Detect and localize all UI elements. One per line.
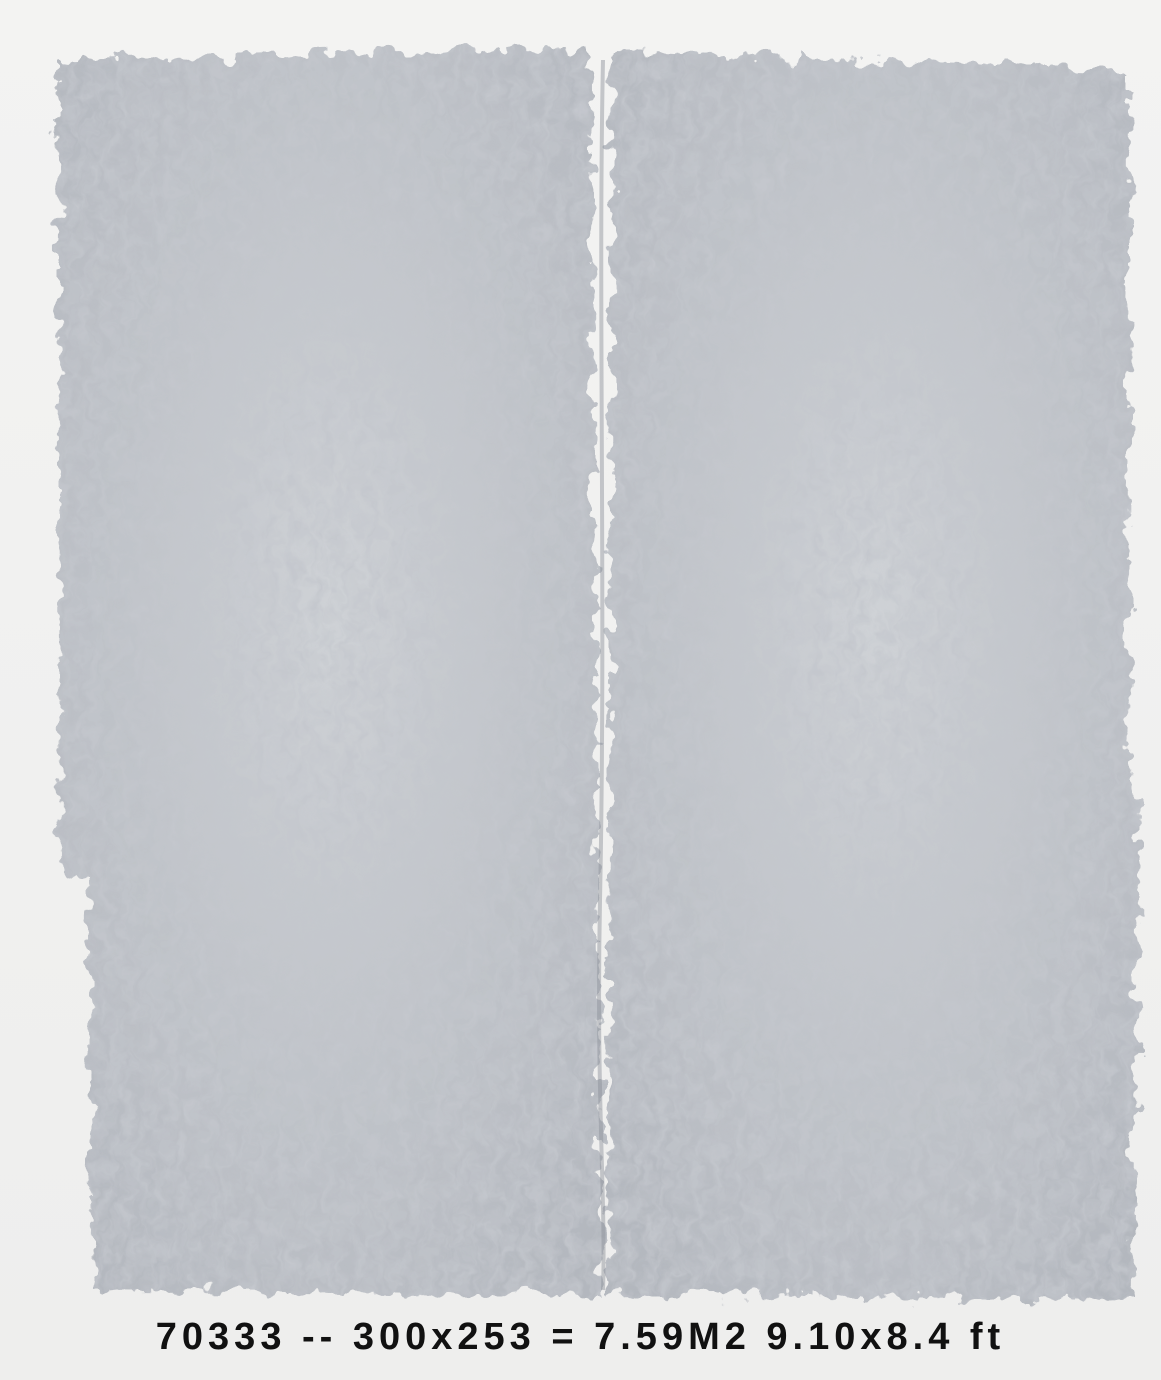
shag-rug-image: [0, 0, 1161, 1380]
product-photo: [0, 0, 1161, 1380]
rug-size-caption: 70333 -- 300x253 = 7.59M2 9.10x8.4 ft: [0, 1316, 1161, 1359]
